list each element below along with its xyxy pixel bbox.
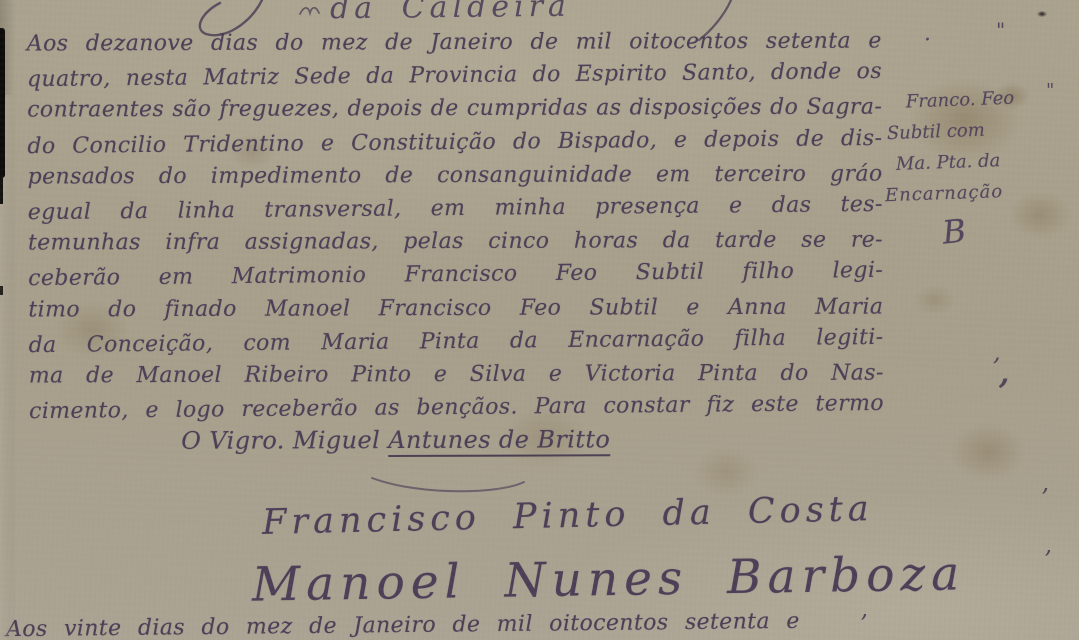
record-line: pensados do impedimento de consanguinida…: [28, 157, 883, 193]
stray-ink-mark: ": [1046, 80, 1054, 101]
witness-signature-francisco: Francisco Pinto da Costa: [262, 489, 874, 543]
stray-ink-mark: ,: [999, 356, 1009, 391]
stray-ink-mark: ’: [1044, 546, 1052, 574]
stray-ink-mark: ·: [924, 28, 931, 53]
margin-note-line: Encarnação: [885, 174, 1074, 212]
manuscript-page: da Caldeira Aos dezanove dias do mez de …: [0, 0, 1079, 640]
margin-annotation: Franco. Feo Subtil com Ma. Pta. da Encar…: [879, 81, 1074, 247]
stray-ink-mark: ’: [1041, 484, 1049, 512]
page-heading-fragment: da Caldeira: [330, 0, 571, 26]
margin-initial-b: B: [941, 204, 1076, 249]
marriage-record-text: Aos dezanove dias do mez de Janeiro de m…: [27, 23, 885, 460]
next-record-first-line: Aos vinte dias do mez de Janeiro de mil …: [6, 609, 800, 640]
scan-edge-black-sliver: [0, 178, 3, 204]
officiant-name-underlined: Antunes de Britto: [388, 426, 610, 458]
scan-edge-black-sliver: [0, 286, 3, 295]
record-line: da Conceição, com Maria Pinta da Encarna…: [28, 321, 883, 362]
record-line: contraentes são freguezes, depois de cum…: [27, 91, 882, 127]
stray-ink-mark: ": [996, 18, 1005, 42]
record-line: ceberão em Matrimonio Francisco Feo Subt…: [28, 254, 883, 295]
stray-ink-mark: ’: [860, 610, 868, 638]
record-line: timo do finado Manoel Francisco Feo Subt…: [28, 290, 883, 326]
scan-edge-black-sliver: [0, 28, 5, 178]
witness-signature-manoel: Manoel Nunes Barboza: [252, 546, 966, 612]
record-line: do Concilio Tridentino e Constituição do…: [27, 122, 882, 163]
officiant-signature-line: O Vigro. Miguel Antunes de Britto: [181, 423, 884, 459]
officiant-title: O Vigro. Miguel: [181, 426, 388, 455]
